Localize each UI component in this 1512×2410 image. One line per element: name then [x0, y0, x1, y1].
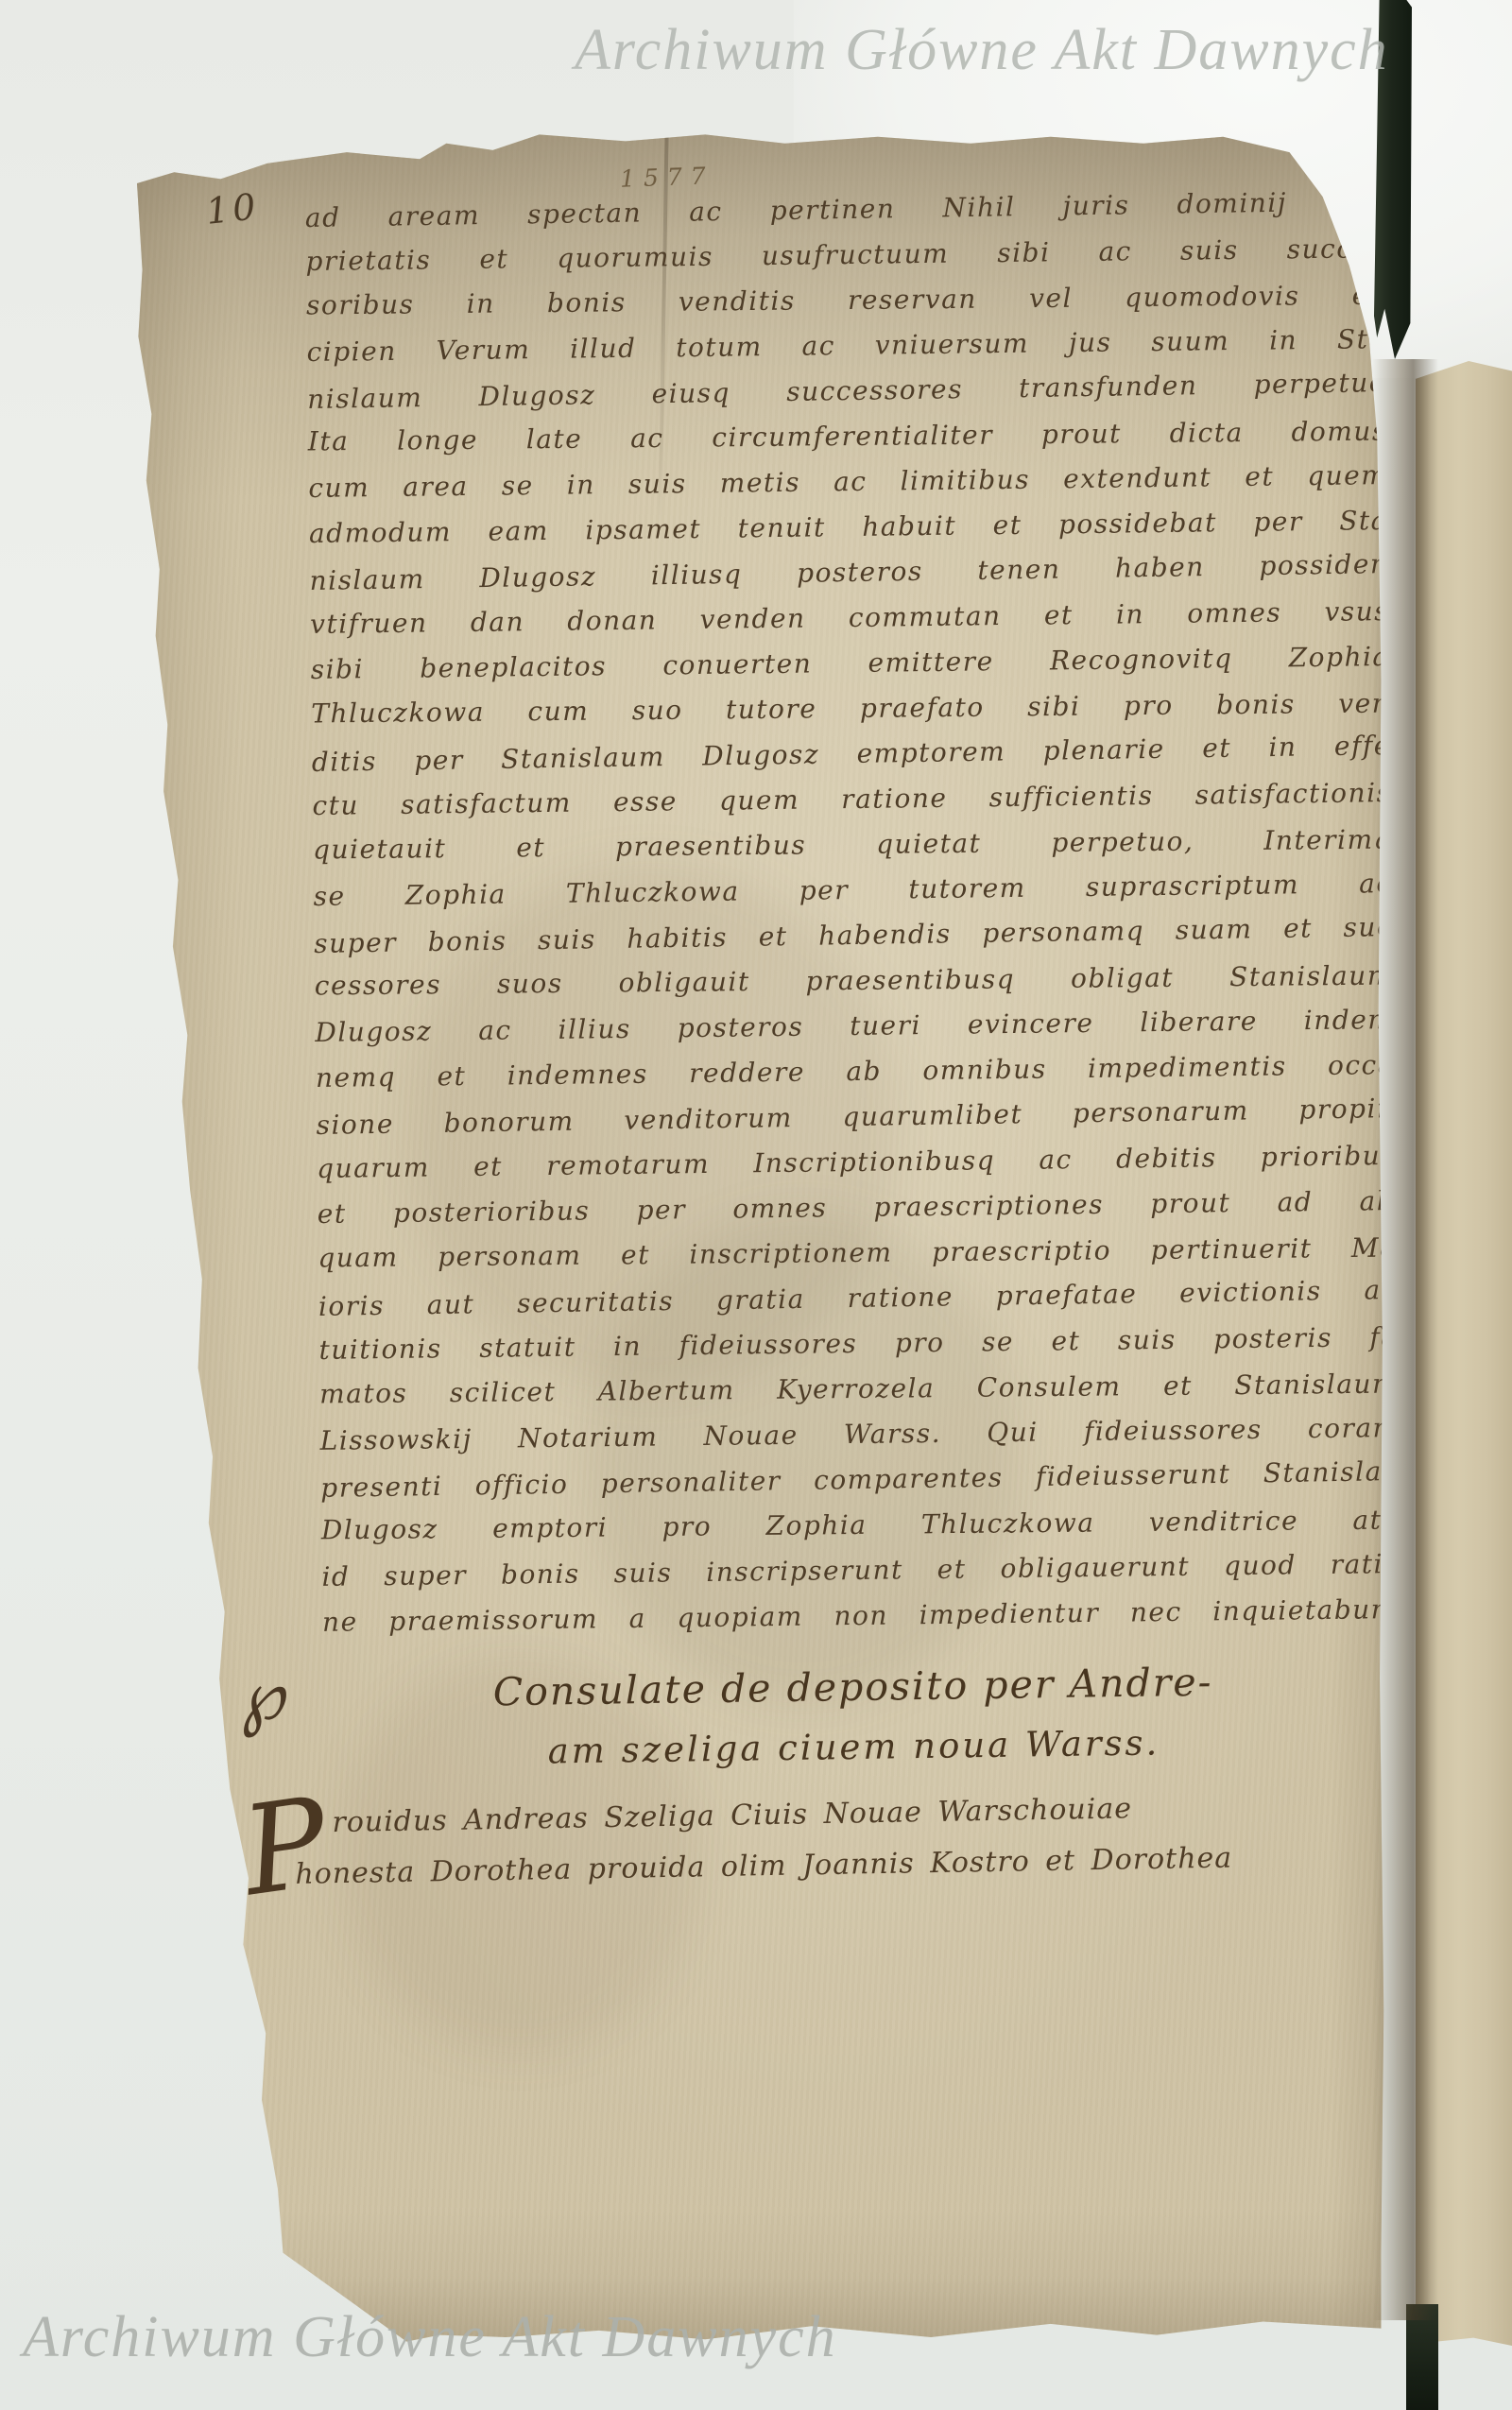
- scan-stage: 10 1577 ad aream spectan ac pertinen Nih…: [0, 0, 1512, 2410]
- new-entry-text: rouidus Andreas Szeliga Ciuis Nouae Wars…: [332, 1787, 1430, 1908]
- entry-heading-line2: am szeliga ciuem noua Warss.: [314, 1719, 1393, 1775]
- repair-tape: [84, 973, 135, 1057]
- paragraph-mark: ℘: [230, 1653, 290, 1739]
- page-gutter-shadow: [1372, 359, 1438, 2320]
- repair-tape: [98, 1353, 144, 1429]
- manuscript-page: 10 1577 ad aream spectan ac pertinen Nih…: [94, 126, 1422, 2344]
- entry-heading: Consulate de deposito per Andre- am szel…: [313, 1657, 1393, 1775]
- archive-watermark-bottom: Archiwum Główne Akt Dawnych: [23, 2304, 837, 2371]
- archive-watermark-top: Archiwum Główne Akt Dawnych: [575, 17, 1389, 84]
- folio-number: 10: [204, 185, 262, 232]
- latin-body-text: ad aream spectan ac pertinen Nihil juris…: [305, 187, 1402, 1652]
- year-annotation: 1577: [620, 162, 715, 192]
